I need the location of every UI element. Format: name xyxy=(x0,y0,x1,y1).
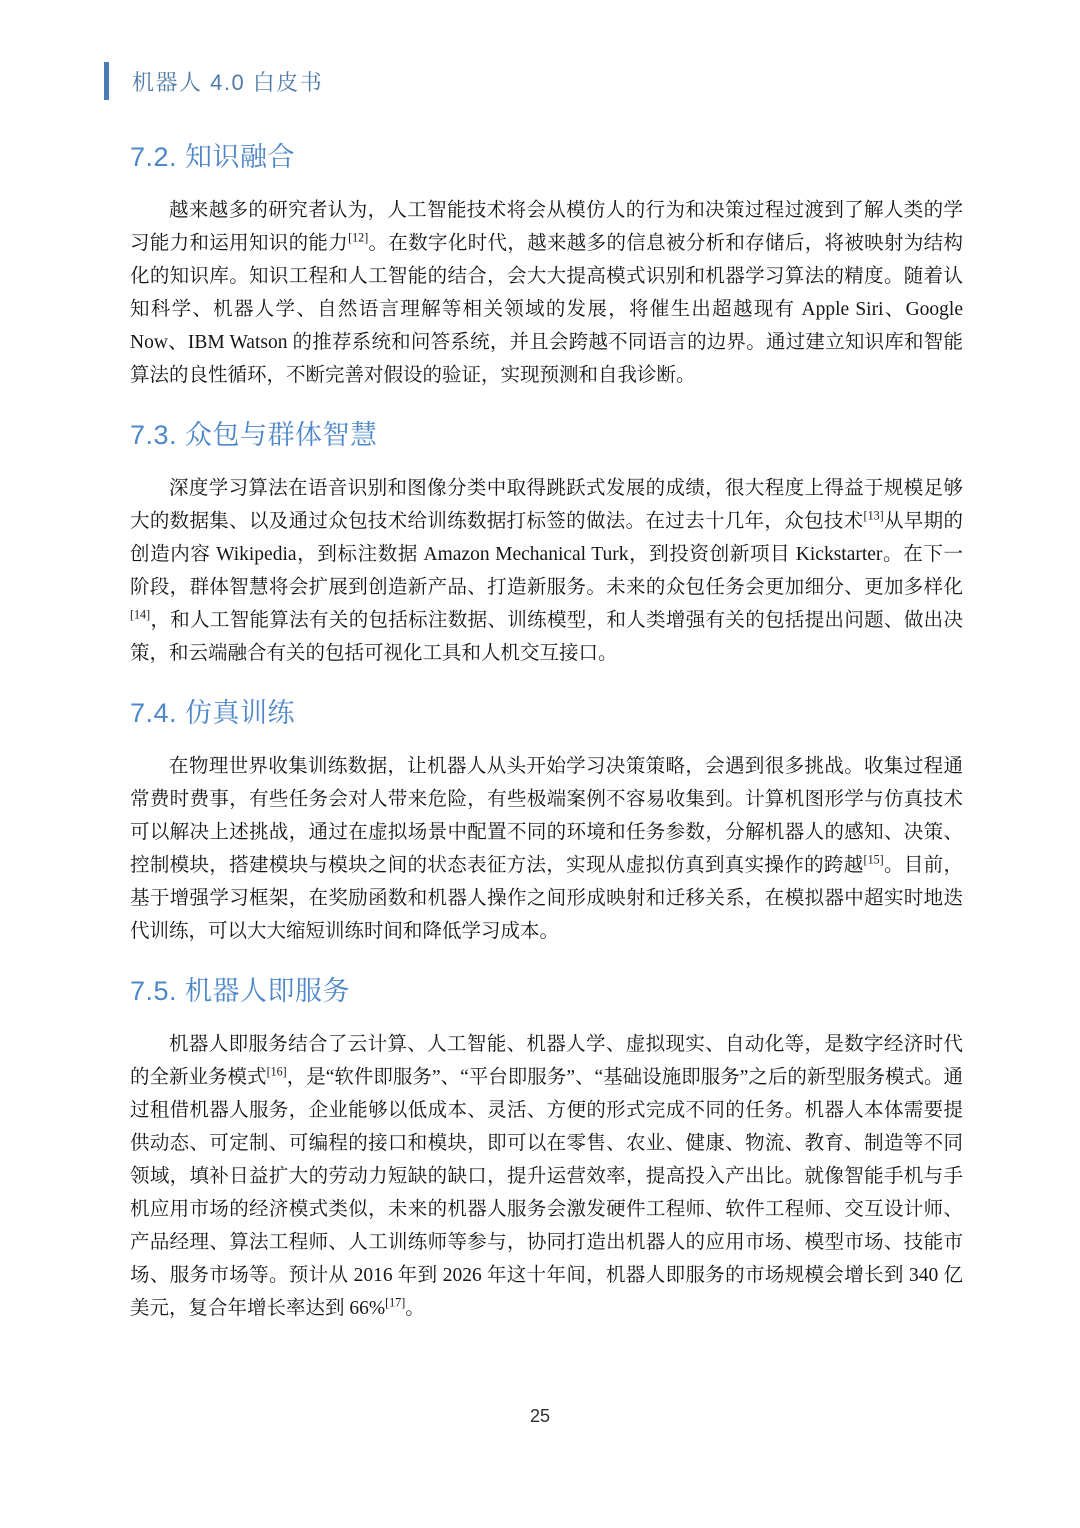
section-heading: 7.2. 知识融合 xyxy=(130,140,963,174)
header-accent-bar xyxy=(104,62,109,100)
section-7-3: 7.3. 众包与群体智慧 深度学习算法在语音识别和图像分类中取得跳跃式发展的成绩… xyxy=(130,418,963,670)
document-page: 机器人 4.0 白皮书 7.2. 知识融合 越来越多的研究者认为，人工智能技术将… xyxy=(0,0,1080,1528)
section-heading: 7.4. 仿真训练 xyxy=(130,696,963,730)
document-title: 机器人 4.0 白皮书 xyxy=(132,66,323,97)
section-7-2: 7.2. 知识融合 越来越多的研究者认为，人工智能技术将会从模仿人的行为和决策过… xyxy=(130,140,963,392)
section-7-5: 7.5. 机器人即服务 机器人即服务结合了云计算、人工智能、机器人学、虚拟现实、… xyxy=(130,974,963,1325)
section-heading: 7.3. 众包与群体智慧 xyxy=(130,418,963,452)
section-paragraph: 在物理世界收集训练数据，让机器人从头开始学习决策策略，会遇到很多挑战。收集过程通… xyxy=(130,750,963,948)
section-7-4: 7.4. 仿真训练 在物理世界收集训练数据，让机器人从头开始学习决策策略，会遇到… xyxy=(130,696,963,948)
section-paragraph: 越来越多的研究者认为，人工智能技术将会从模仿人的行为和决策过程过渡到了解人类的学… xyxy=(130,194,963,392)
section-paragraph: 机器人即服务结合了云计算、人工智能、机器人学、虚拟现实、自动化等，是数字经济时代… xyxy=(130,1028,963,1325)
page-content: 7.2. 知识融合 越来越多的研究者认为，人工智能技术将会从模仿人的行为和决策过… xyxy=(130,140,963,1351)
page-number: 25 xyxy=(0,1406,1080,1427)
running-header: 机器人 4.0 白皮书 xyxy=(104,62,323,100)
section-paragraph: 深度学习算法在语音识别和图像分类中取得跳跃式发展的成绩，很大程度上得益于规模足够… xyxy=(130,472,963,670)
section-heading: 7.5. 机器人即服务 xyxy=(130,974,963,1008)
